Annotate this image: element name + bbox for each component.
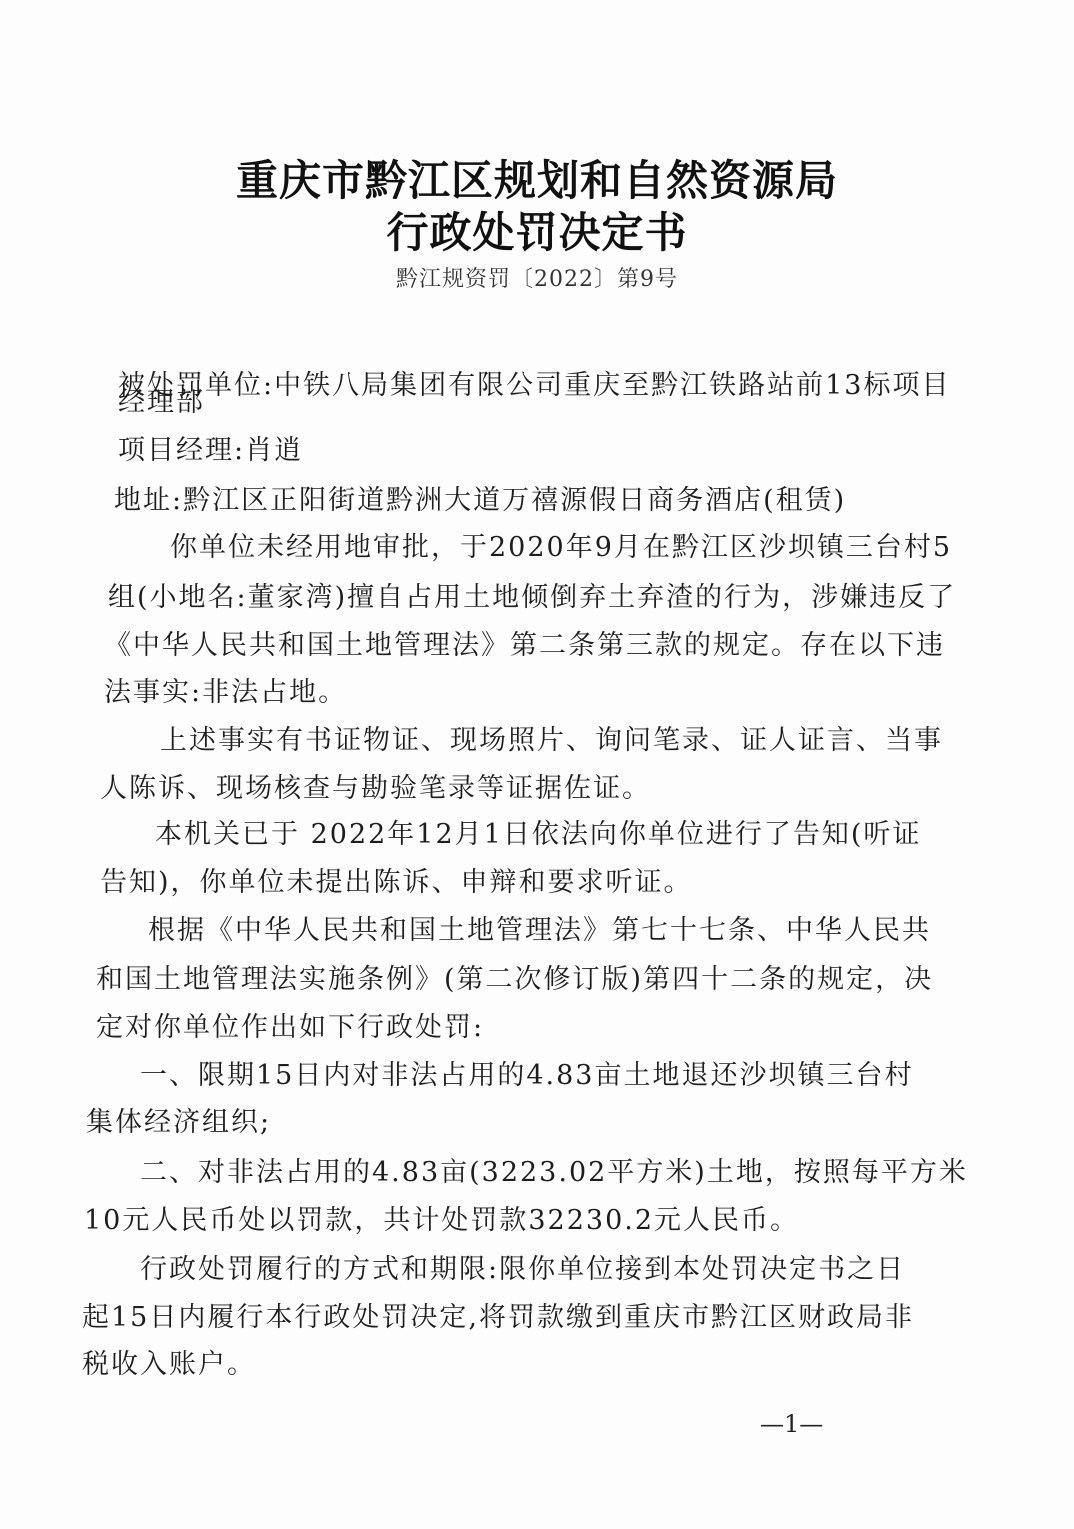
document-number: 黔江规资罚〔2022〕第9号 [0,262,1074,293]
agency-title: 重庆市黔江区规划和自然资源局 [0,148,1074,208]
evidence-paragraph-line: 人陈诉、现场核查与勘验笔录等证据佐证。 [100,766,651,805]
performance-paragraph-line: 税收入账户。 [82,1342,256,1381]
penalized-unit: 被处罚单位:中铁八局集团有限公司重庆至黔江铁路站前13标项目 [118,363,950,402]
legal-basis-paragraph-line: 定对你单位作出如下行政处罚: [96,1005,484,1044]
penalty-item-1-line: 集体经济组织; [86,1100,271,1139]
page-number: —1— [760,1410,823,1438]
legal-basis-paragraph: 根据《中华人民共和国土地管理法》第七十七条、中华人民共 [148,908,931,947]
legal-basis-paragraph-line: 和国土地管理法实施条例》(第二次修订版)第四十二条的规定，决 [96,957,933,996]
performance-paragraph-line: 起15日内履行本行政处罚决定,将罚款缴到重庆市黔江区财政局非 [82,1295,914,1334]
project-manager: 项目经理:肖逍 [118,428,303,467]
evidence-paragraph: 上述事实有书证物证、现场照片、询问笔录、证人证言、当事 [160,718,943,757]
penalty-item-2-line: 10元人民币处以罚款，共计处罚款32230.2元人民币。 [84,1198,799,1237]
penalized-unit-cont: 经理部 [118,380,205,419]
notice-paragraph: 本机关已于 2022年12月1日依法向你单位进行了告知(听证 [155,812,921,851]
performance-paragraph: 行政处罚履行的方式和期限:限你单位接到本处罚决定书之日 [140,1247,905,1286]
facts-paragraph-line: 组(小地名:董家湾)擅自占用土地倾倒弃土弃渣的行为，涉嫌违反了 [108,575,956,614]
address: 地址:黔江区正阳街道黔洲大道万禧源假日商务酒店(租赁) [114,478,846,517]
penalty-item-2: 二、对非法占用的4.83亩(3223.02平方米)土地，按照每平方米 [140,1150,968,1189]
penalty-item-1: 一、限期15日内对非法占用的4.83亩土地退还沙坝镇三台村 [140,1053,913,1092]
facts-paragraph-line: 《中华人民共和国土地管理法》第二条第三款的规定。存在以下违 [104,623,945,662]
document-page: 重庆市黔江区规划和自然资源局 行政处罚决定书 黔江规资罚〔2022〕第9号 被处… [0,0,1074,1529]
document-title: 行政处罚决定书 [0,200,1074,260]
notice-paragraph-line: 告知)，你单位未提出陈诉、申辩和要求听证。 [100,860,693,899]
facts-paragraph-line: 法事实:非法占地。 [104,670,347,709]
facts-paragraph: 你单位未经用地审批，于2020年9月在黔江区沙坝镇三台村5 [170,525,952,564]
